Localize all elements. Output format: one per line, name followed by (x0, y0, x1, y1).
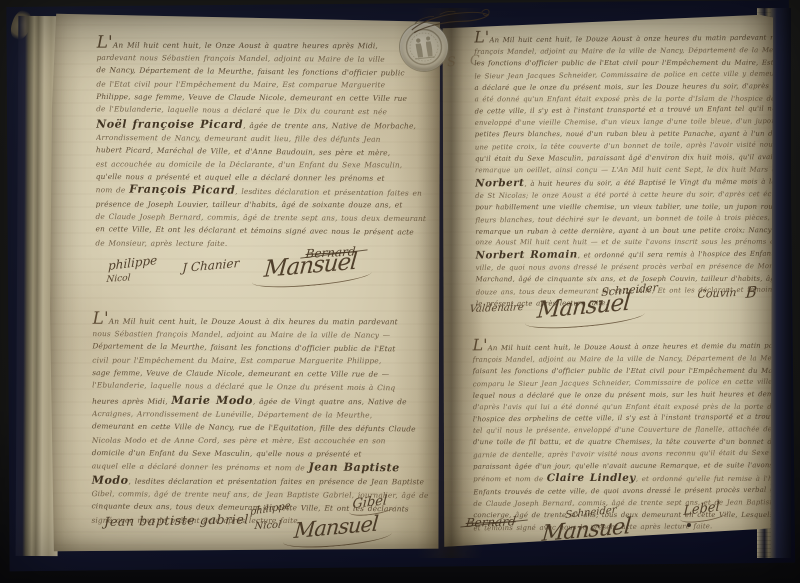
manuscript-line: L'An Mil huit cent huit, le Douze Aoust … (474, 27, 776, 47)
manuscript-line: heures après Midi, Marie Modo, âgée de V… (92, 393, 430, 408)
manuscript-line: faisant les fonctions d'officier public … (473, 366, 777, 378)
register-photograph: L'An Mil huit cent huit, le Onze Aoust à… (0, 0, 800, 583)
left-act-1-text: L'An Mil huit cent huit, le Onze Aoust à… (95, 34, 430, 252)
manuscript-line: françois Mandel, adjoint au Maire de la … (474, 45, 776, 59)
signature-mansuel-adjoint: Mansuel (263, 249, 358, 283)
signature-jean-baptiste-gabriel: Jean baptiste gabriel (104, 511, 249, 529)
right-act-2-text: L'An Mil huit cent huit, le Douze Aoust … (472, 335, 777, 534)
manuscript-line: présence de Joseph Louvier, tailleur d'h… (96, 198, 430, 212)
signature-valdenaire: Valdenaire (469, 302, 524, 315)
manuscript-line: françois Mandel, adjoint au Maire de la … (473, 353, 777, 366)
manuscript-line: L'An Mil huit cent huit, le Douze Aoust … (472, 335, 776, 355)
left-page: L'An Mil huit cent huit, le Onze Aoust à… (50, 11, 440, 554)
signature-chanier: J Chanier (182, 256, 240, 275)
manuscript-line: civil pour l'Empêchement du Maire, Est c… (92, 354, 430, 368)
signature-gibel: Gibel (352, 493, 388, 512)
manuscript-line: Norbert, à huit heures du soir, a été Ba… (475, 175, 777, 191)
manuscript-line: de Claude Joseph Bernard, commis, âgé de… (473, 497, 777, 510)
right-page: L'An Mil huit cent huit, le Douze Aoust … (441, 10, 773, 550)
manuscript-line: comparu le Sieur Jean Jacques Schneider,… (473, 376, 777, 391)
manuscript-line: L'An Mil huit cent huit, le Douze Aoust … (93, 311, 431, 329)
ink-speck (687, 523, 691, 527)
signature-nicol: Nicol (106, 273, 131, 285)
manuscript-line: Nicolas Modo et de Anne Cord, ses père e… (92, 434, 430, 448)
signature-bernard-2: Bernard (465, 514, 516, 530)
manuscript-line: prénom et nom de Claire Lindley, et ordo… (473, 473, 777, 486)
manuscript-line: fleurs blanches, tout déchiré sur le dev… (475, 212, 777, 227)
manuscript-line: l'Ebulanderie, laquelle nous a déclaré q… (92, 379, 430, 395)
signature-couvin: Couvin (697, 286, 737, 301)
signature-nicol-2: Nicol (254, 520, 282, 532)
manuscript-line: Noël françoise Picard, âgée de trente an… (96, 117, 430, 132)
manuscript-line: est accouchée au domicile de la Déclaran… (96, 157, 430, 171)
right-act-1-text: L'An Mil huit cent huit, le Douze Aoust … (474, 27, 778, 311)
manuscript-line: Enfants trouvés de cette ville, de quoi … (473, 485, 777, 500)
manuscript-line: le Sieur Jean Jacques Schneider, Commiss… (474, 68, 776, 83)
manuscript-line: de l'Etat civil pour l'Empêchement du Ma… (96, 78, 430, 92)
manuscript-line: de Monsieur, après lecture faite. (95, 237, 429, 251)
manuscript-line: Modo, lesdites déclaration et présentati… (92, 474, 430, 489)
signature-lebel: Lebel (683, 499, 720, 519)
manuscript-line: lequel nous a déclaré que le onze du pré… (473, 389, 777, 402)
marginal-class-mark: S C (447, 53, 486, 71)
signature-paraph-b: B (745, 283, 758, 302)
signature-philippe: philippe (108, 253, 157, 273)
manuscript-line: L'An Mil huit cent huit, le Onze Aoust à… (97, 35, 431, 53)
